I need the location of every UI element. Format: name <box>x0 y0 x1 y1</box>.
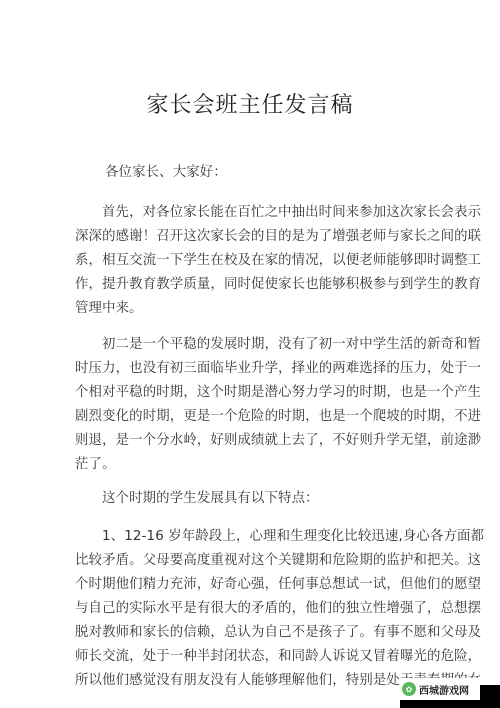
paragraph-1-line-4: 作，提升教育教学质量，同时促使家长也能够积极参与到学生的教育 <box>75 276 420 294</box>
paragraph-2-line-4: 剧烈变化的时期，更是一个危险的时期，也是一个爬坡的时期，不进 <box>75 408 420 426</box>
paragraph-2-line-1: 初二是一个平稳的发展时期，没有了初一对中学生活的新奇和暂 <box>102 336 420 354</box>
paragraph-1-line-3: 系，相互交流一下学生在校及在家的情况，以便老师能够即时调整工 <box>75 252 420 270</box>
document-title: 家长会班主任发言稿 <box>0 88 500 119</box>
watermark-shadow <box>480 685 500 708</box>
paragraph-4-line-5: 脱对教师和家长的信赖，总认为自己不是孩子了。有事不愿和父母及 <box>75 624 420 642</box>
paragraph-4-line-7: 所以他们感觉没有朋友没有人能够理解他们，特别是处于青春期的女 <box>75 672 420 690</box>
paragraph-4-line-4: 与自己的实际水平是有很大的矛盾的，他们的独立性增强了，总想摆 <box>75 600 420 618</box>
paragraph-4-line-6: 师长交流，处于一种半封闭状态，和同龄人诉说又冒着曝光的危险， <box>75 648 420 666</box>
watermark-badge: ✿ 西城游戏网 <box>400 678 480 700</box>
paragraph-1-line-5: 管理中来。 <box>75 300 420 318</box>
paragraph-2-line-2: 时压力，也没有初三面临毕业升学，择业的两难选择的压力，处于一 <box>75 360 420 378</box>
paragraph-4-line-3: 个时期他们精力充沛，好奇心强，任何事总想试一试，但他们的愿望 <box>75 576 420 594</box>
leaf-logo-icon: ✿ <box>402 682 416 696</box>
paragraph-2-line-6: 茫了。 <box>75 456 420 474</box>
paragraph-2-line-5: 则退，是一个分水岭，好则成绩就上去了，不好则升学无望，前途渺 <box>75 432 420 450</box>
paragraph-4-line-1: 1、12-16 岁年龄段上，心理和生理变化比较迅速,身心各方面都 <box>102 528 420 546</box>
paragraph-3-line-1: 这个时期的学生发展具有以下特点： <box>102 490 420 508</box>
watermark-shadow-bottom <box>400 700 480 708</box>
paragraph-1-line-2: 深深的感谢！召开这次家长会的目的是为了增强老师与家长之间的联 <box>75 228 420 246</box>
paragraph-1-line-1: 首先，对各位家长能在百忙之中抽出时间来参加这次家长会表示 <box>102 204 420 222</box>
paragraph-2-line-3: 个相对平稳的时期，这个时期是潜心努力学习的时期，也是一个产生 <box>75 384 420 402</box>
site-watermark: ✿ 西城游戏网 <box>400 678 500 708</box>
watermark-text: 西城游戏网 <box>419 682 469 697</box>
greeting: 各位家长、大家好： <box>105 164 450 182</box>
paragraph-4-line-2: 比较矛盾。父母要高度重视对这个关键期和危险期的监护和把关。这 <box>75 552 420 570</box>
